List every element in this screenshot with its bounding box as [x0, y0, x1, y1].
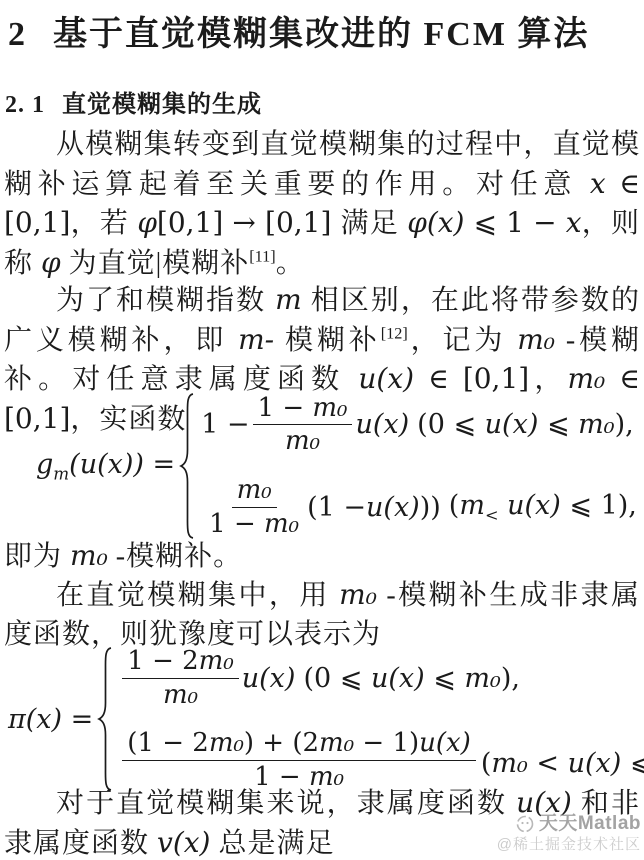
left-brace-icon [97, 646, 113, 792]
math-text: = [144, 449, 175, 480]
math-var: m₀ [517, 323, 555, 356]
text-segment: 即为 [4, 541, 70, 572]
math-text: ⩽ [538, 409, 578, 440]
math-var: u(x) [366, 492, 420, 523]
text-segment: 为直觉|模糊补 [61, 248, 250, 279]
math-text: − 1) [354, 728, 419, 758]
equation-cases: 1 − 1 − m₀ m₀ u(x) (0 ⩽ u(x) ⩽ m₀), m₀ 1… [201, 393, 637, 540]
equation-case-1: 1 − 2m₀ m₀ u(x) (0 ⩽ u(x) ⩽ m₀), [119, 646, 644, 710]
math-var: m [459, 490, 485, 521]
mascot-logo-icon [515, 814, 535, 834]
math-text: ( [449, 490, 460, 521]
math-text: ⩽ [425, 663, 465, 694]
math-text: )) [420, 492, 441, 523]
paragraph-1: 从模糊集转变到直觉模糊集的过程中，直觉模糊补运算起着至关重要的作用。对任意 x … [4, 126, 640, 283]
math-text: (0 ⩽ [417, 409, 485, 440]
fraction-denominator: m₀ [280, 425, 325, 457]
fraction: 1 − m₀ m₀ [253, 393, 353, 457]
math-var: m₀ [464, 663, 500, 694]
math-var: (u(x)) [69, 449, 144, 480]
math-var: u(x) [242, 663, 296, 694]
equation-case-1: 1 − 1 − m₀ m₀ u(x) (0 ⩽ u(x) ⩽ m₀), [201, 393, 637, 457]
section-title: 基于直觉模糊集改进的 FCM 算法 [53, 16, 589, 53]
text-segment: 。 [276, 248, 305, 279]
equation-case-2: m₀ 1 − m₀ (1 − u(x))) (m< u(x) ⩽ 1), [201, 475, 637, 539]
paragraph-3: 即为 m₀ -模糊补。 [4, 537, 640, 577]
math-text: [0,1] → [0,1] [157, 206, 341, 239]
math-var: u(x) [485, 409, 539, 440]
math-var: π(x) [8, 704, 62, 735]
math-var: φ(x) [407, 206, 464, 239]
citation-ref: [12] [381, 324, 408, 342]
case-condition: (0 ⩽ u(x) ⩽ m₀), [417, 409, 634, 440]
equation-lhs: gm(u(x)) = [36, 449, 175, 483]
math-var: m₀ [567, 362, 605, 395]
equation-lhs: π(x) = [8, 704, 93, 735]
text-segment: 满足 [341, 208, 408, 239]
citation-ref: [11] [249, 247, 275, 265]
math-var: u(x) [568, 748, 622, 779]
text-segment: ，若 [70, 208, 137, 239]
section-heading: 2基于直觉模糊集改进的 FCM 算法 [8, 6, 640, 55]
math-var: m₀ [264, 509, 299, 539]
equation-pi-hesitancy: π(x) = 1 − 2m₀ m₀ u(x) (0 ⩽ u(x) ⩽ m₀), … [8, 646, 644, 793]
math-var: u(x) [358, 362, 414, 395]
subsection-heading: 2. 1直觉模糊集的生成 [5, 84, 640, 119]
text-segment: 总是满足 [210, 828, 334, 859]
case-condition: (0 ⩽ u(x) ⩽ m₀), [303, 663, 520, 694]
math-var: m₀ [339, 578, 377, 611]
math-text: ( [481, 748, 492, 779]
fraction: 1 − 2m₀ m₀ [122, 646, 238, 710]
math-var: g [36, 449, 53, 480]
subsection-number: 2. 1 [5, 92, 45, 118]
math-subscript: m [53, 463, 69, 483]
fraction-numerator: 1 − m₀ [253, 393, 353, 426]
math-text: ∈ [0,1]， [414, 362, 567, 395]
fraction-numerator: (1 − 2m₀) + (2m₀ − 1)u(x) [122, 728, 476, 761]
math-var: m₀ [319, 728, 354, 758]
left-brace-icon [179, 392, 195, 540]
fraction: m₀ 1 − m₀ [204, 475, 304, 539]
text-segment: 在直觉模糊集中，用 [56, 580, 339, 611]
math-var: v(x) [157, 826, 210, 859]
math-var: φ [137, 206, 157, 239]
math-text: ) + (2 [244, 728, 319, 758]
math-text: (1 − 2 [127, 728, 209, 758]
fraction-numerator: m₀ [232, 475, 277, 508]
math-var: x [566, 206, 582, 239]
math-text: ), [615, 409, 634, 440]
math-text: ⩽ 1)。 [621, 748, 644, 779]
math-text: ⩽ 1), [561, 490, 637, 521]
math-var: u(x) [507, 490, 561, 521]
watermark: 天天Matlab @稀土掘金技术社区 [497, 813, 641, 853]
math-var: m₀ [199, 646, 234, 676]
watermark-community-text: @稀土掘金技术社区 [497, 836, 641, 853]
text-segment: 为了和模糊指数 [56, 285, 275, 316]
math-var: φ [41, 246, 61, 279]
math-text: ), [501, 663, 520, 694]
case-condition: (m< u(x) ⩽ 1), [449, 490, 637, 524]
watermark-brand: 天天Matlab [515, 813, 641, 835]
math-subscript: < [485, 505, 499, 524]
math-text [499, 490, 508, 521]
text-segment: -模糊补。 [108, 541, 242, 572]
math-text: < [528, 748, 568, 779]
paragraph-4: 在直觉模糊集中，用 m₀ -模糊补生成非隶属度函数，则犹豫度可以表示为 [4, 576, 640, 654]
math-text: (1 − [307, 492, 366, 523]
math-text: 1 − [258, 393, 313, 423]
equation-cases: 1 − 2m₀ m₀ u(x) (0 ⩽ u(x) ⩽ m₀), (1 − 2m… [119, 646, 644, 793]
math-var: x [590, 167, 606, 200]
fraction-numerator: 1 − 2m₀ [122, 646, 238, 679]
section-number: 2 [8, 16, 27, 53]
subsection-title: 直觉模糊集的生成 [62, 91, 262, 118]
equation-gm-fuzzy-complement: gm(u(x)) = 1 − 1 − m₀ m₀ u(x) (0 ⩽ u(x) … [36, 392, 637, 540]
math-text: = [62, 704, 93, 735]
text-segment: 对于直觉模糊集来说，隶属度函数 [56, 788, 516, 819]
text-segment: ，记为 [408, 325, 517, 356]
math-text: (0 ⩽ [303, 663, 371, 694]
math-var: m₀ [209, 728, 244, 758]
fraction-denominator: 1 − m₀ [204, 508, 304, 540]
math-text: ⩽ 1 − [464, 206, 565, 239]
math-text: 1 − [209, 509, 264, 539]
text-segment: 从模糊集转变到直觉模糊集的过程中，直觉模糊补运算起着至关重要的作用。对任意 [4, 129, 640, 200]
watermark-brand-text: 天天Matlab [539, 813, 641, 835]
math-var: m [275, 283, 302, 316]
paper-page: 2基于直觉模糊集改进的 FCM 算法 2. 1直觉模糊集的生成 从模糊集转变到直… [0, 0, 644, 860]
math-var: m₀ [312, 393, 347, 423]
math-var: u(x) [371, 663, 425, 694]
math-text: 1 − 2 [127, 646, 198, 676]
math-var: m- [238, 323, 274, 356]
math-text: 1 − [201, 409, 249, 440]
text-segment: 模糊补 [274, 325, 381, 356]
fraction-denominator: m₀ [158, 679, 203, 711]
math-var: u(x) [419, 728, 471, 758]
math-var: m₀ [70, 539, 108, 572]
math-var: m₀ [491, 748, 527, 779]
case-condition: (m₀ < u(x) ⩽ 1)。 [481, 741, 644, 780]
math-var: u(x) [355, 409, 409, 440]
math-var: m₀ [578, 409, 614, 440]
